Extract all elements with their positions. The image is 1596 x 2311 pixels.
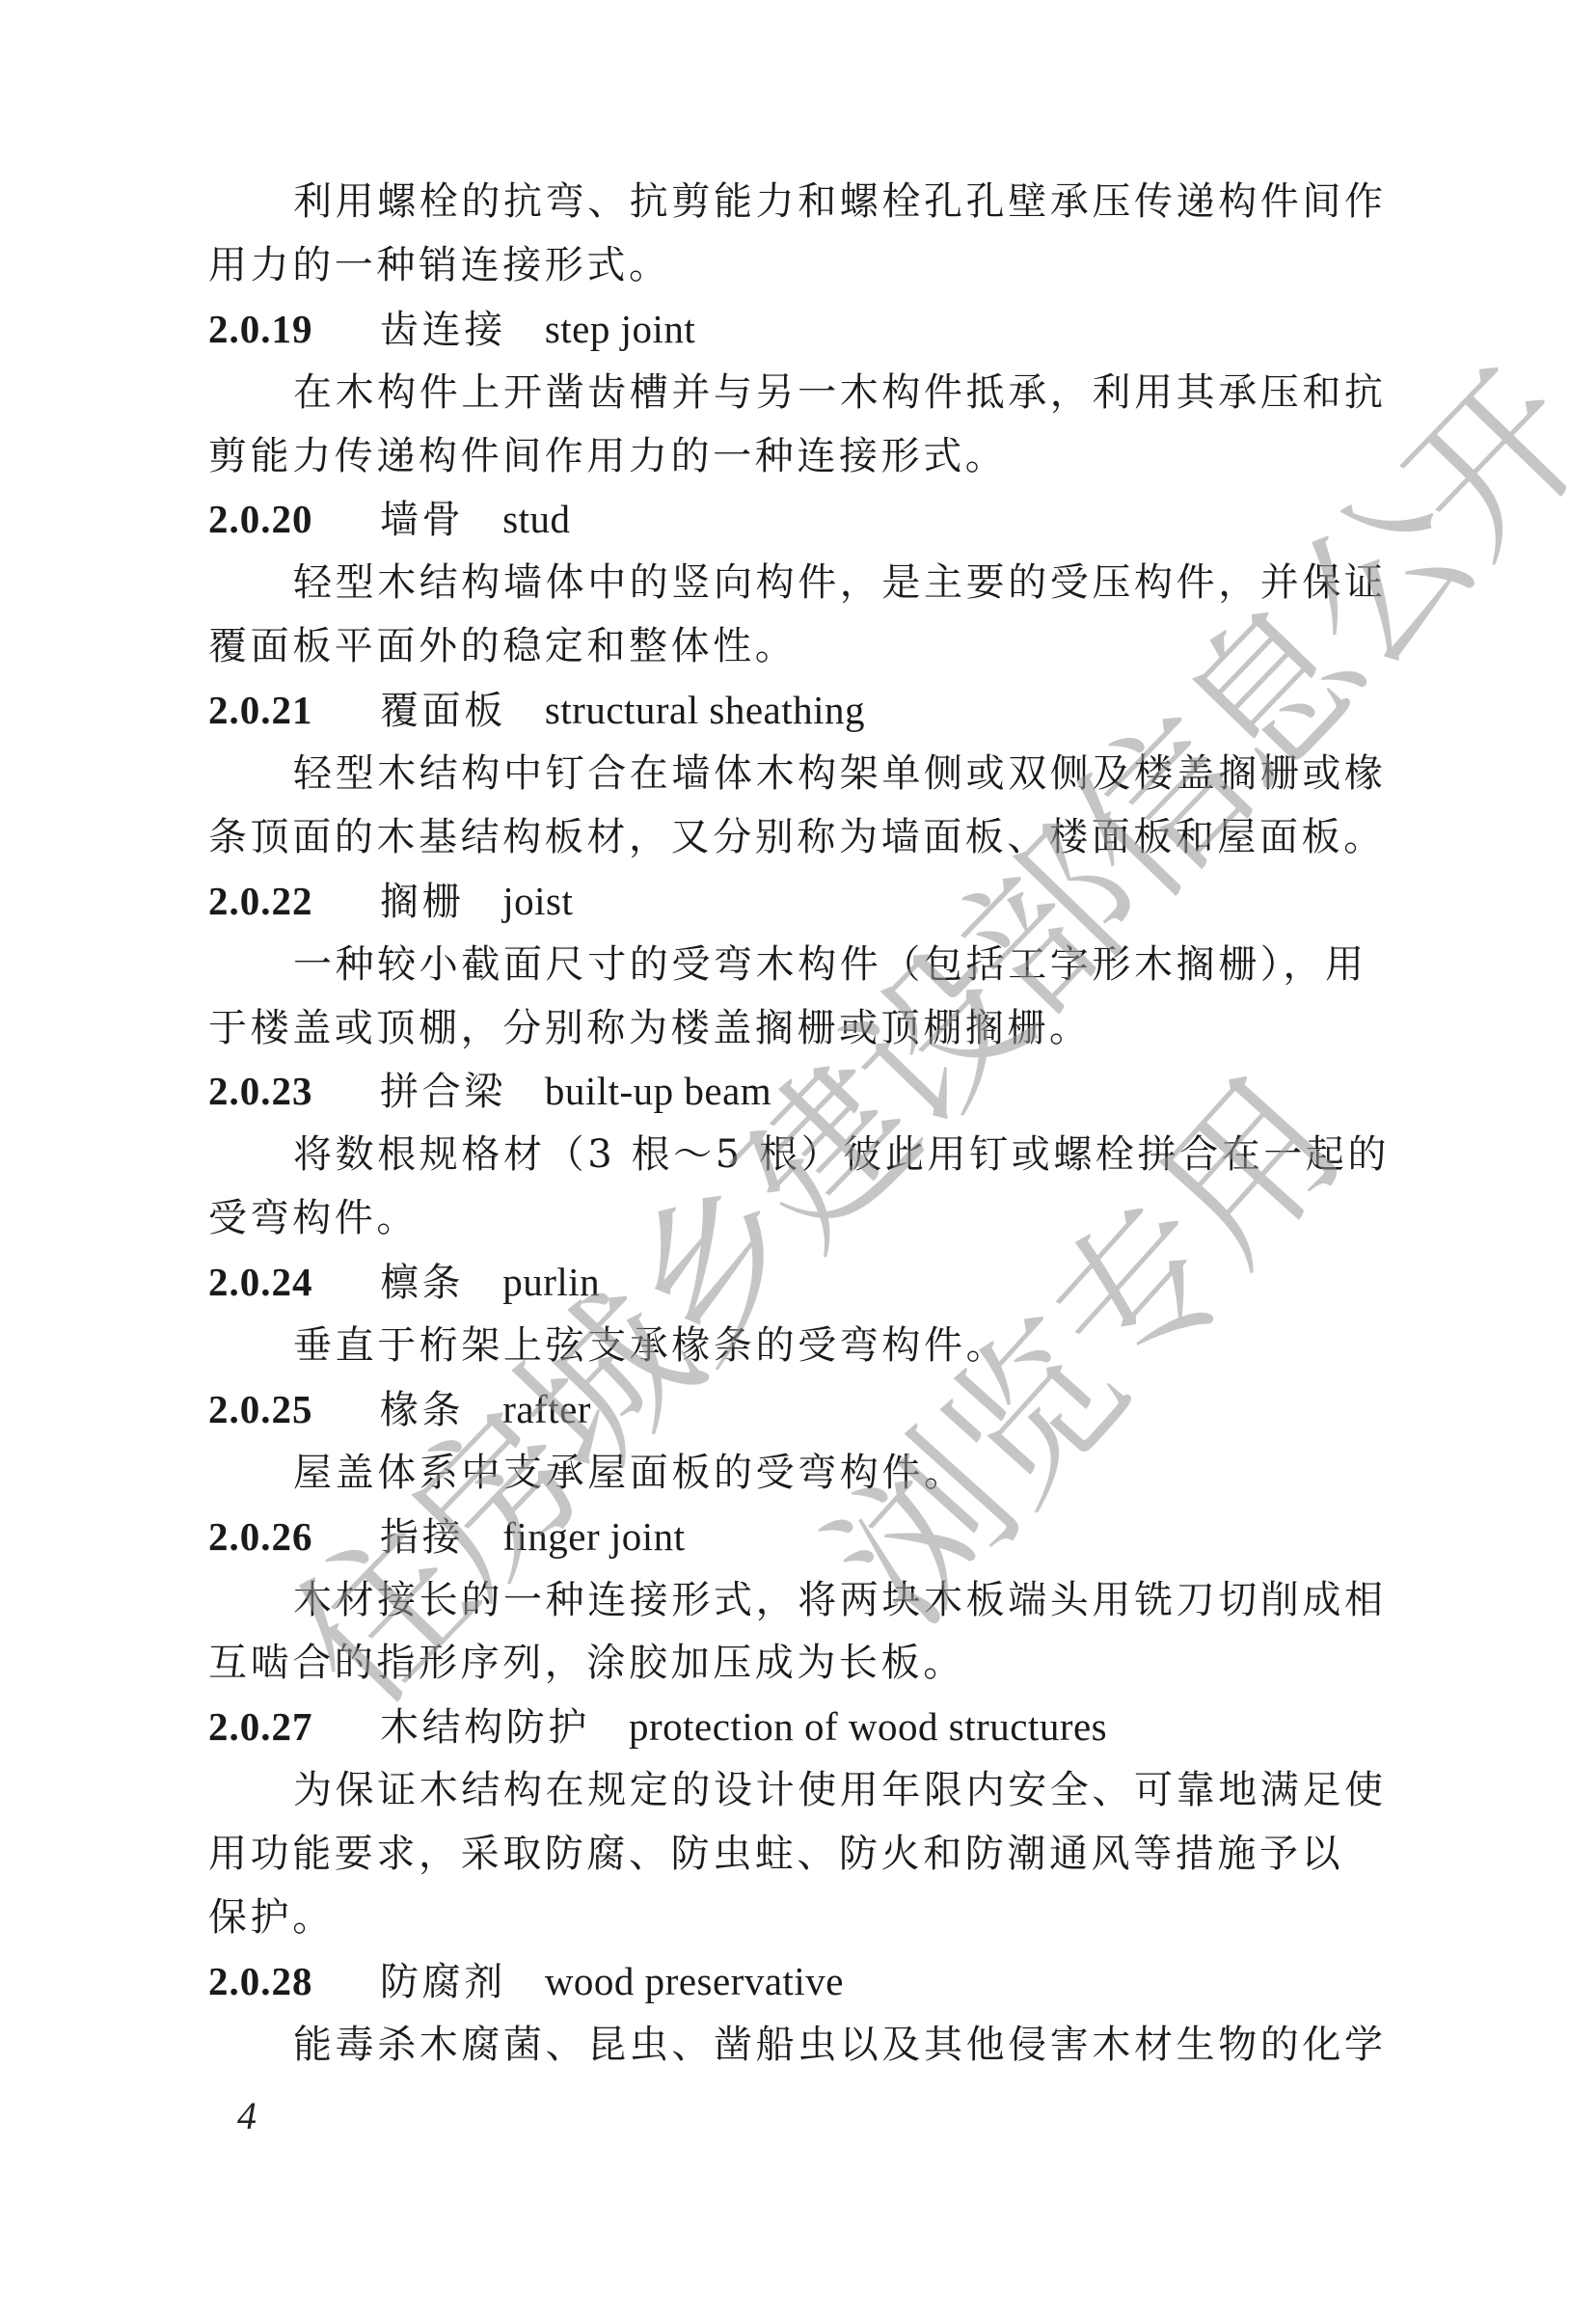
term-chinese: 指接 (380, 1507, 464, 1570)
definition-line: 在木构件上开凿齿槽并与另一木构件抵承，利用其承压和抗 (208, 362, 1390, 425)
text-column: 利用螺栓的抗弯、抗剪能力和螺栓孔孔壁承压传递构件间作用力的一种销连接形式。2.0… (208, 171, 1390, 2078)
definition-line: 屋盖体系中支承屋面板的受弯构件。 (208, 1442, 1390, 1506)
term-english: step joint (545, 298, 695, 362)
term-heading: 2.0.20墙骨stud (208, 488, 1390, 552)
term-number: 2.0.21 (208, 679, 380, 743)
term-english: finger joint (502, 1506, 685, 1569)
term-heading: 2.0.19齿连接step joint (208, 298, 1390, 362)
term-heading: 2.0.21覆面板structural sheathing (208, 679, 1390, 743)
term-chinese: 拼合梁 (380, 1061, 506, 1125)
term-number: 2.0.20 (208, 488, 380, 552)
term-number: 2.0.25 (208, 1378, 380, 1442)
term-number: 2.0.22 (208, 870, 380, 934)
term-chinese: 檩条 (380, 1252, 464, 1316)
page-number: 4 (237, 2093, 257, 2138)
term-chinese: 搁栅 (380, 871, 464, 935)
definition-line: 保护。 (208, 1887, 1390, 1950)
term-english: wood preservative (545, 1950, 844, 2014)
term-number: 2.0.26 (208, 1506, 380, 1569)
term-number: 2.0.23 (208, 1060, 380, 1124)
term-english: purlin (502, 1251, 600, 1315)
definition-line: 将数根规格材（3 根～5 根）彼此用钉或螺栓拼合在一起的 (208, 1124, 1390, 1187)
term-english: rafter (502, 1378, 591, 1442)
definition-line: 受弯构件。 (208, 1187, 1390, 1251)
term-chinese: 防腐剂 (380, 1951, 506, 2015)
term-heading: 2.0.22搁栅joist (208, 870, 1390, 934)
definition-line: 于楼盖或顶棚，分别称为楼盖搁栅或顶棚搁栅。 (208, 997, 1390, 1061)
definition-line: 垂直于桁架上弦支承椽条的受弯构件。 (208, 1315, 1390, 1378)
definition-line: 为保证木结构在规定的设计使用年限内安全、可靠地满足使 (208, 1759, 1390, 1823)
term-heading: 2.0.28防腐剂wood preservative (208, 1950, 1390, 2014)
definition-line: 木材接长的一种连接形式，将两块木板端头用铣刀切削成相 (208, 1569, 1390, 1633)
term-number: 2.0.27 (208, 1696, 380, 1759)
term-chinese: 墙骨 (380, 489, 464, 553)
term-english: built-up beam (545, 1060, 771, 1124)
definition-line: 剪能力传递构件间作用力的一种连接形式。 (208, 425, 1390, 489)
term-chinese: 木结构防护 (380, 1697, 590, 1760)
definition-line: 覆面板平面外的稳定和整体性。 (208, 615, 1390, 679)
definition-line: 用力的一种销连接形式。 (208, 234, 1390, 298)
definition-line: 轻型木结构中钉合在墙体木构架单侧或双侧及楼盖搁栅或椽 (208, 743, 1390, 806)
definition-line: 利用螺栓的抗弯、抗剪能力和螺栓孔孔壁承压传递构件间作 (208, 171, 1390, 234)
term-heading: 2.0.26指接finger joint (208, 1506, 1390, 1569)
term-heading: 2.0.24檩条purlin (208, 1251, 1390, 1315)
term-chinese: 覆面板 (380, 680, 506, 744)
definition-line: 轻型木结构墙体中的竖向构件，是主要的受压构件，并保证 (208, 552, 1390, 615)
term-heading: 2.0.25椽条rafter (208, 1378, 1390, 1442)
term-chinese: 椽条 (380, 1379, 464, 1443)
term-chinese: 齿连接 (380, 299, 506, 363)
definition-line: 条顶面的木基结构板材，又分别称为墙面板、楼面板和屋面板。 (208, 806, 1390, 870)
term-heading: 2.0.23拼合梁built-up beam (208, 1060, 1390, 1124)
document-page: 利用螺栓的抗弯、抗剪能力和螺栓孔孔壁承压传递构件间作用力的一种销连接形式。2.0… (0, 0, 1596, 2311)
term-english: structural sheathing (545, 679, 865, 743)
term-english: protection of wood structures (629, 1696, 1107, 1759)
term-heading: 2.0.27木结构防护protection of wood structures (208, 1696, 1390, 1759)
definition-line: 能毒杀木腐菌、昆虫、凿船虫以及其他侵害木材生物的化学 (208, 2014, 1390, 2078)
definition-line: 互啮合的指形序列，涂胶加压成为长板。 (208, 1632, 1390, 1696)
term-number: 2.0.24 (208, 1251, 380, 1315)
term-english: joist (502, 870, 573, 934)
term-english: stud (502, 488, 570, 552)
term-number: 2.0.28 (208, 1950, 380, 2014)
term-number: 2.0.19 (208, 298, 380, 362)
definition-line: 一种较小截面尺寸的受弯木构件（包括工字形木搁栅），用 (208, 934, 1390, 997)
definition-line: 用功能要求，采取防腐、防虫蛀、防火和防潮通风等措施予以 (208, 1823, 1390, 1887)
